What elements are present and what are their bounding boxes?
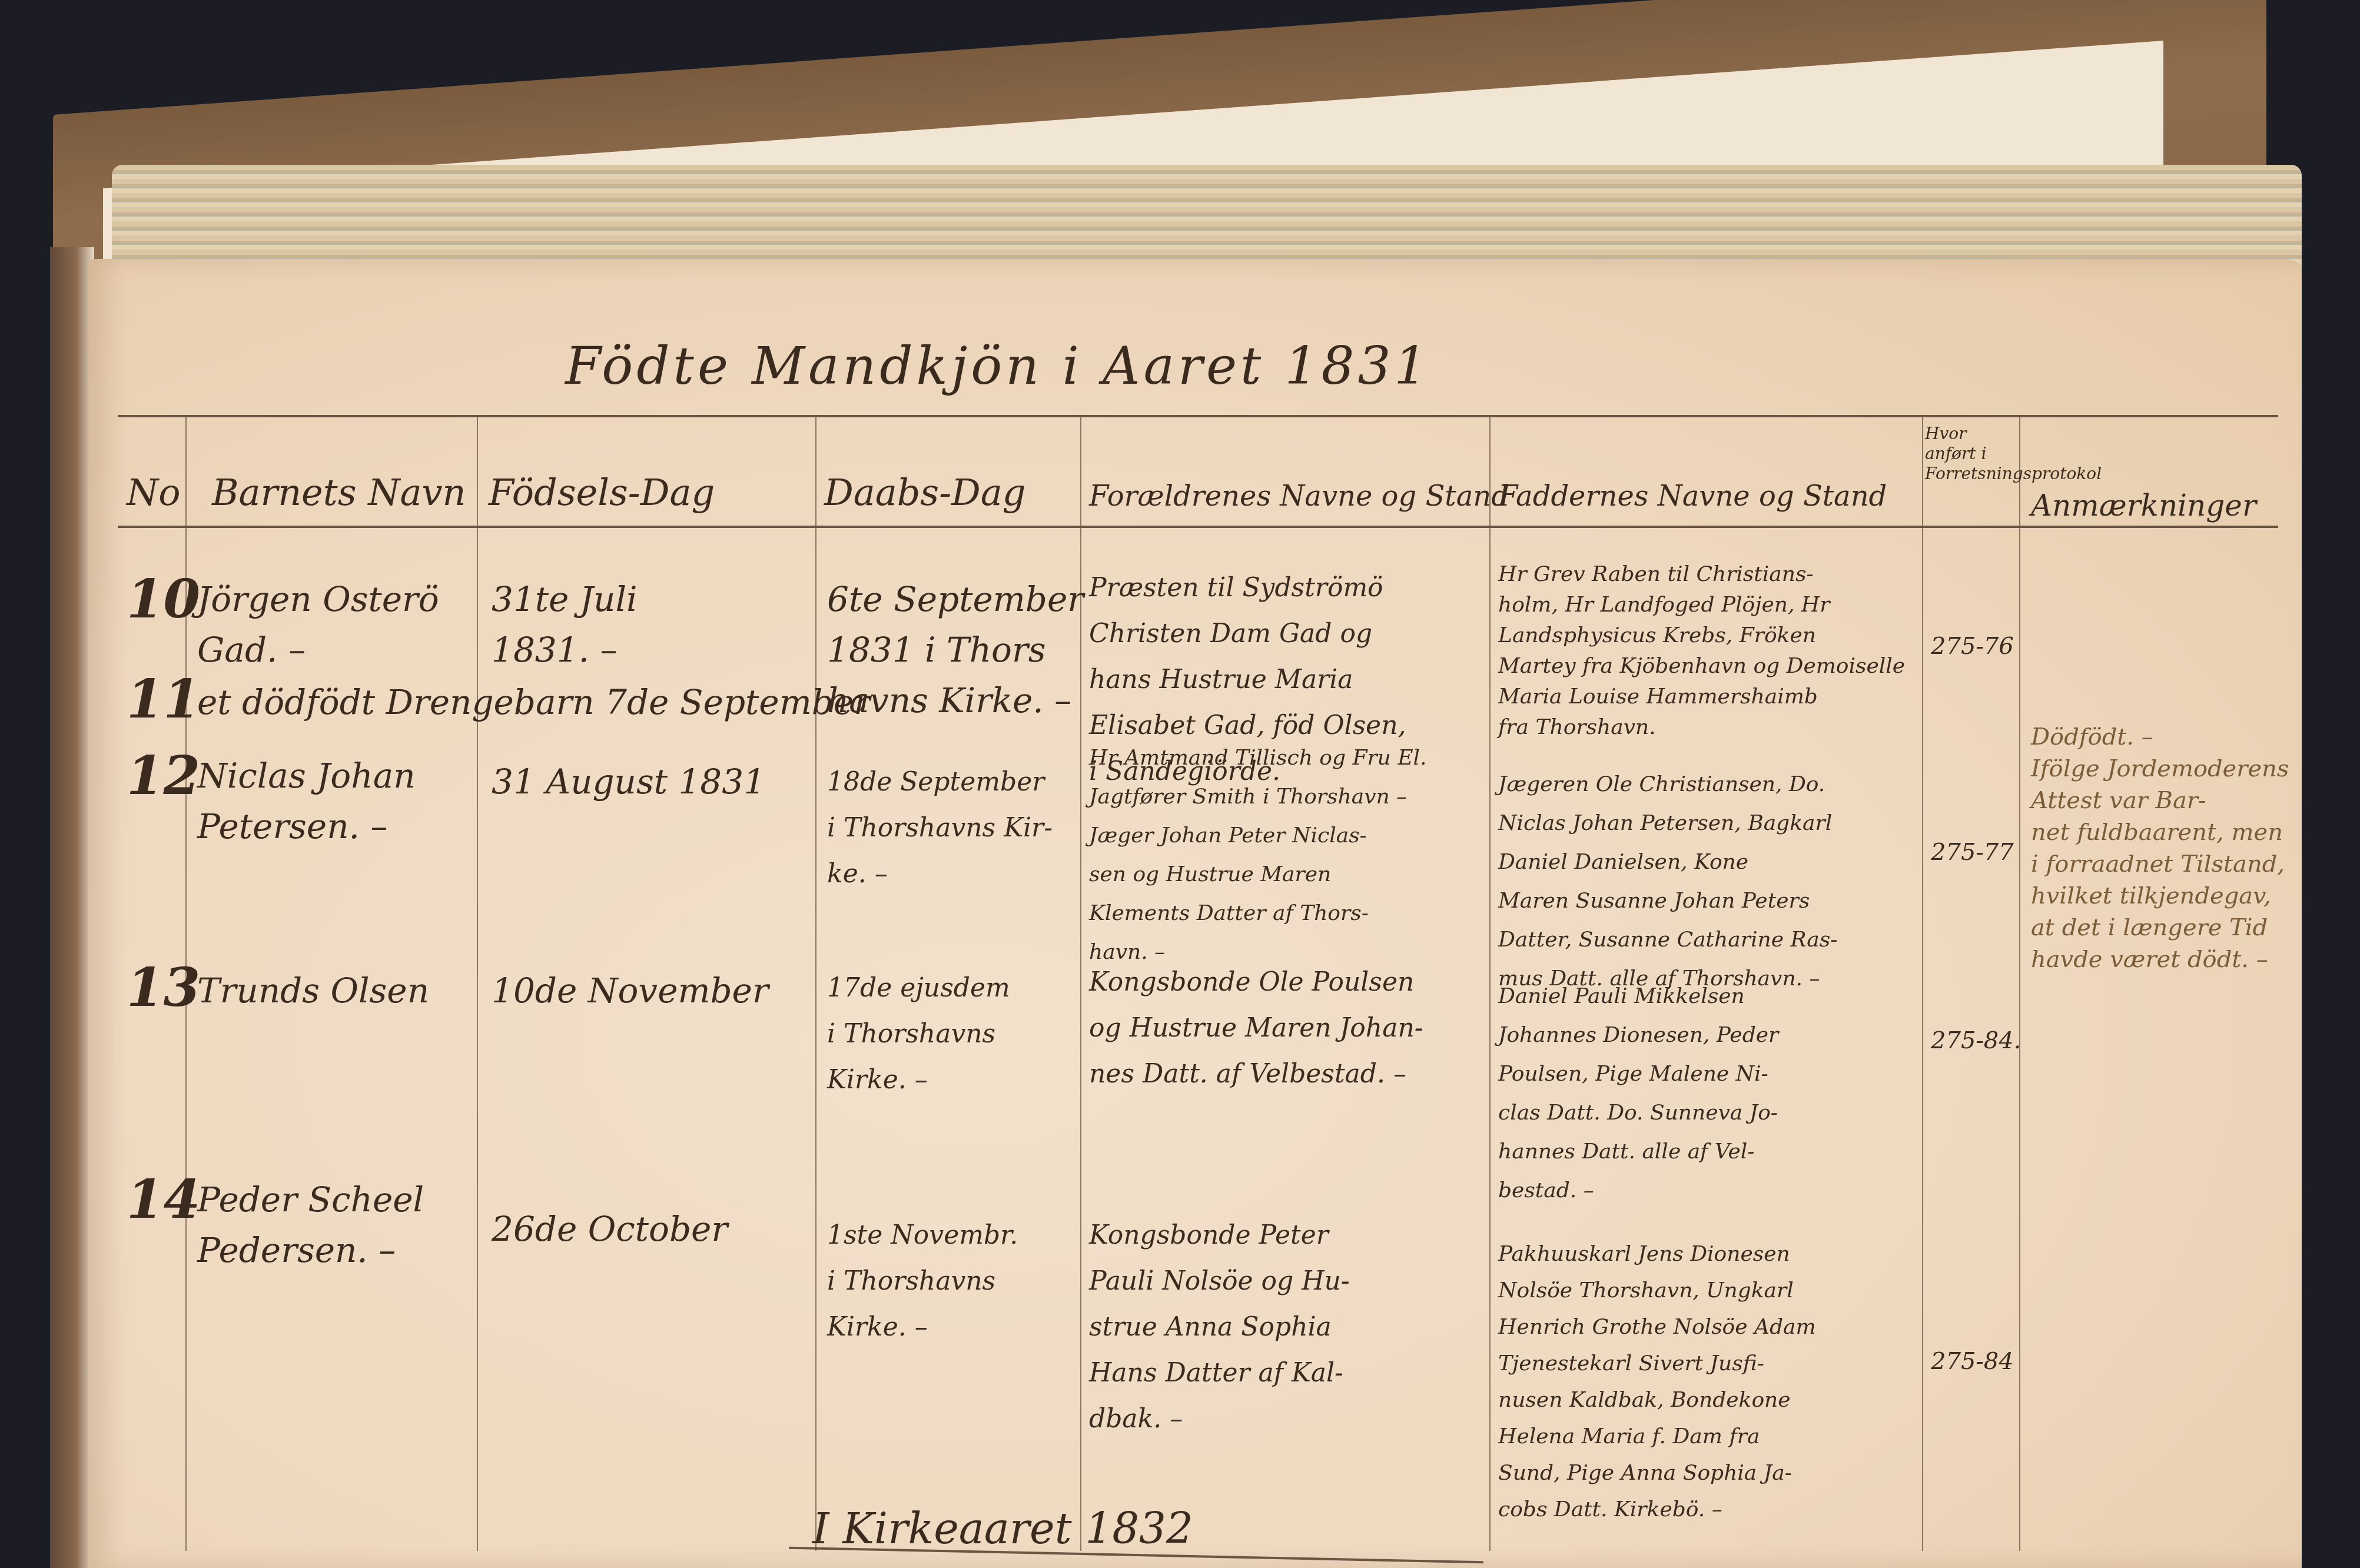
birth-date: 31 August 1831	[492, 756, 765, 807]
record-reference: 275-84	[1931, 1348, 2014, 1375]
column-header-ref: Hvor anført i Forretsningsprotokol	[1925, 424, 2019, 484]
child-name: Niclas Johan Petersen. –	[197, 750, 416, 852]
birth-date: 26de October	[492, 1204, 728, 1254]
parents: Kongsbonde Ole Poulsen og Hustrue Maren …	[1089, 959, 1423, 1097]
godparents: Hr Grev Raben til Christians- holm, Hr L…	[1498, 559, 1905, 743]
baptism-date: 18de September i Thorshavns Kir- ke. –	[827, 759, 1053, 897]
column-header-child-name: Barnets Navn	[212, 471, 466, 514]
column-header-parents: Forældrenes Navne og Stand	[1089, 480, 1509, 513]
child-name: Jörgen Osterö Gad. –	[197, 574, 439, 675]
column-header-remarks: Anmærkninger	[2031, 489, 2256, 523]
book-spine-strip	[50, 247, 94, 1568]
parents: Kongsbonde Peter Pauli Nolsöe og Hu- str…	[1089, 1212, 1350, 1442]
column-divider	[1922, 415, 1923, 1551]
godparents: Pakhuuskarl Jens Dionesen Nolsöe Thorsha…	[1498, 1236, 1816, 1528]
baptism-date: 17de ejusdem i Thorshavns Kirke. –	[827, 965, 1010, 1103]
column-header-birth-date: Födsels-Dag	[489, 471, 715, 514]
birth-date: 10de November	[492, 965, 769, 1016]
header-rule	[118, 526, 2278, 528]
column-header-godparents: Faddernes Navne og Stand	[1498, 480, 1887, 513]
child-name: Peder Scheel Pedersen. –	[197, 1174, 424, 1275]
entry-number: 14	[127, 1168, 200, 1231]
parents: Hr Amtmand Tillisch og Fru El. Jagtfører…	[1089, 739, 1426, 972]
footer-church-year: I Kirkeaaret 1832	[812, 1504, 1193, 1553]
child-name: et dödfödt Drengebarn 7de September	[197, 677, 870, 727]
record-reference: 275-76	[1931, 633, 2014, 660]
birth-date: 31te Juli 1831. –	[492, 574, 638, 675]
column-divider	[815, 415, 816, 1551]
remarks: Dödfödt. – Ifölge Jordemoderens Attest v…	[2031, 721, 2289, 975]
child-name: Trunds Olsen	[197, 965, 429, 1016]
column-divider	[1489, 415, 1491, 1551]
column-divider	[477, 415, 478, 1551]
record-reference: 275-77	[1931, 839, 2014, 866]
baptism-date: 1ste Novembr. i Thorshavns Kirke. –	[827, 1212, 1018, 1350]
godparents: Daniel Pauli Mikkelsen Johannes Dionesen…	[1498, 977, 1778, 1210]
record-reference: 275-84.	[1931, 1027, 2021, 1054]
column-divider	[2019, 415, 2020, 1551]
page-title: Födte Mandkjön i Aaret 1831	[565, 335, 1430, 396]
godparents: Jægeren Ole Christiansen, Do. Niclas Joh…	[1498, 765, 1837, 998]
entry-number: 12	[127, 745, 200, 807]
entry-number: 10	[127, 568, 200, 630]
entry-number: 13	[127, 956, 200, 1019]
entry-number: 11	[127, 668, 200, 730]
column-header-baptism-date: Daabs-Dag	[824, 471, 1025, 514]
column-header-no: No	[127, 471, 181, 514]
title-rule	[118, 415, 2278, 417]
